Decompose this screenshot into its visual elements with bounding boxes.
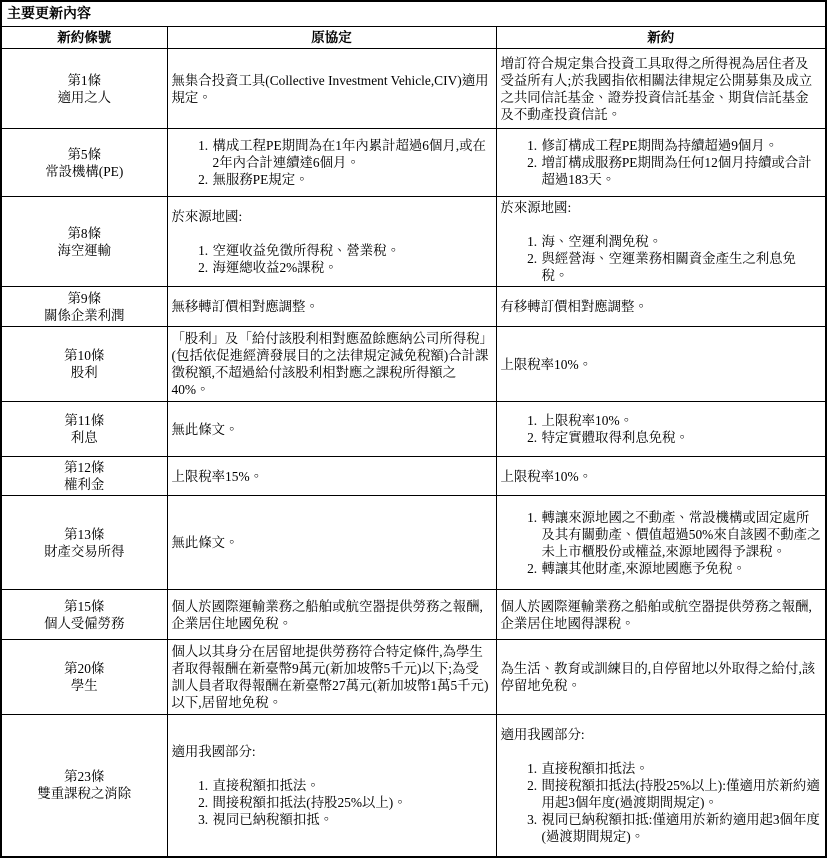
new-provision-cell: 修訂構成工程PE期間為持續超過9個月。增訂構成服務PE期間為任何12個月持續或合… <box>496 129 826 197</box>
cell-numbered-list: 上限稅率10%。特定實體取得利息免稅。 <box>501 412 822 446</box>
cell-numbered-list: 海、空運利潤免稅。與經營海、空運業務相關資金產生之利息免稅。 <box>501 233 822 284</box>
article-number: 第20條 <box>6 660 163 677</box>
cell-paragraph: 個人以其身分在居留地提供勞務符合特定條件,為學生者取得報酬在新臺幣9萬元(新加坡… <box>172 643 492 711</box>
table-row: 第8條海空運輸於來源地國:空運收益免徵所得稅、營業稅。海運總收益2%課稅。於來源… <box>1 197 826 287</box>
table-row: 第12條權利金上限稅率15%。上限稅率10%。 <box>1 457 826 496</box>
table-title: 主要更新內容 <box>1 1 826 27</box>
cell-list-item: 空運收益免徵所得稅、營業稅。 <box>212 242 492 259</box>
new-provision-cell: 於來源地國:海、空運利潤免稅。與經營海、空運業務相關資金產生之利息免稅。 <box>496 197 826 287</box>
new-provision-cell: 為生活、教育或訓練目的,自停留地以外取得之給付,該停留地免稅。 <box>496 640 826 715</box>
article-cell: 第11條利息 <box>1 402 167 457</box>
table-row: 第15條個人受僱勞務個人於國際運輸業務之船舶或航空器提供勞務之報酬,企業居住地國… <box>1 590 826 640</box>
article-number: 第9條 <box>6 290 163 307</box>
article-number: 第5條 <box>6 146 163 163</box>
table-row: 第1條適用之人無集合投資工具(Collective Investment Veh… <box>1 49 826 129</box>
cell-paragraph: 有移轉訂價相對應調整。 <box>501 298 822 315</box>
table-row: 第9條關係企業利潤無移轉訂價相對應調整。有移轉訂價相對應調整。 <box>1 287 826 327</box>
article-number: 第11條 <box>6 412 163 429</box>
cell-paragraph: 無移轉訂價相對應調整。 <box>172 298 492 315</box>
cell-intro: 適用我國部分: <box>501 726 822 743</box>
old-provision-cell: 無此條文。 <box>167 496 496 590</box>
cell-paragraph: 無此條文。 <box>172 534 492 551</box>
article-title: 個人受僱勞務 <box>6 615 163 632</box>
cell-list-item: 間接稅額扣抵法(持股25%以上)。 <box>212 794 492 811</box>
new-provision-cell: 上限稅率10%。 <box>496 327 826 402</box>
article-title: 關係企業利潤 <box>6 307 163 324</box>
cell-numbered-list: 直接稅額扣抵法。間接稅額扣抵法(持股25%以上):僅適用於新約適用起3個年度(過… <box>501 760 822 845</box>
cell-paragraph: 上限稅率15%。 <box>172 468 492 485</box>
table-header-row: 新約條號 原協定 新約 <box>1 27 826 49</box>
old-provision-cell: 無此條文。 <box>167 402 496 457</box>
article-cell: 第13條財產交易所得 <box>1 496 167 590</box>
article-title: 股利 <box>6 364 163 381</box>
column-header-article: 新約條號 <box>1 27 167 49</box>
article-cell: 第5條常設機構(PE) <box>1 129 167 197</box>
cell-paragraph: 上限稅率10%。 <box>501 468 822 485</box>
new-provision-cell: 個人於國際運輸業務之船舶或航空器提供勞務之報酬,企業居住地國得課稅。 <box>496 590 826 640</box>
cell-paragraph: 上限稅率10%。 <box>501 356 822 373</box>
treaty-update-table: 主要更新內容 新約條號 原協定 新約 第1條適用之人無集合投資工具(Collec… <box>0 0 827 858</box>
article-cell: 第15條個人受僱勞務 <box>1 590 167 640</box>
new-provision-cell: 上限稅率10%。 <box>496 457 826 496</box>
new-provision-cell: 上限稅率10%。特定實體取得利息免稅。 <box>496 402 826 457</box>
article-cell: 第12條權利金 <box>1 457 167 496</box>
cell-paragraph: 無此條文。 <box>172 421 492 438</box>
article-number: 第1條 <box>6 72 163 89</box>
cell-list-item: 上限稅率10%。 <box>541 412 822 429</box>
table-title-row: 主要更新內容 <box>1 1 826 27</box>
cell-numbered-list: 修訂構成工程PE期間為持續超過9個月。增訂構成服務PE期間為任何12個月持續或合… <box>501 137 822 188</box>
article-number: 第10條 <box>6 347 163 364</box>
cell-list-item: 視同已納稅額扣抵:僅適用於新約適用起3個年度(過渡期間規定)。 <box>541 811 822 845</box>
new-provision-cell: 有移轉訂價相對應調整。 <box>496 287 826 327</box>
article-number: 第15條 <box>6 598 163 615</box>
cell-intro: 適用我國部分: <box>172 743 492 760</box>
article-title: 適用之人 <box>6 89 163 106</box>
cell-list-item: 構成工程PE期間為在1年內累計超過6個月,或在2年內合計連續達6個月。 <box>212 137 492 171</box>
article-title: 常設機構(PE) <box>6 163 163 180</box>
article-cell: 第10條股利 <box>1 327 167 402</box>
article-cell: 第9條關係企業利潤 <box>1 287 167 327</box>
old-provision-cell: 構成工程PE期間為在1年內累計超過6個月,或在2年內合計連續達6個月。無服務PE… <box>167 129 496 197</box>
new-provision-cell: 增訂符合規定集合投資工具取得之所得視為居住者及受益所有人;於我國指依相關法律規定… <box>496 49 826 129</box>
cell-list-item: 修訂構成工程PE期間為持續超過9個月。 <box>541 137 822 154</box>
cell-list-item: 視同已納稅額扣抵。 <box>212 811 492 828</box>
cell-paragraph: 增訂符合規定集合投資工具取得之所得視為居住者及受益所有人;於我國指依相關法律規定… <box>501 55 822 123</box>
cell-list-item: 無服務PE規定。 <box>212 171 492 188</box>
cell-intro: 於來源地國: <box>501 199 822 216</box>
cell-list-item: 海、空運利潤免稅。 <box>541 233 822 250</box>
old-provision-cell: 個人於國際運輸業務之船舶或航空器提供勞務之報酬,企業居住地國免稅。 <box>167 590 496 640</box>
old-provision-cell: 於來源地國:空運收益免徵所得稅、營業稅。海運總收益2%課稅。 <box>167 197 496 287</box>
article-cell: 第20條學生 <box>1 640 167 715</box>
article-title: 學生 <box>6 677 163 694</box>
cell-paragraph: 個人於國際運輸業務之船舶或航空器提供勞務之報酬,企業居住地國免稅。 <box>172 598 492 632</box>
column-header-new-agreement: 新約 <box>496 27 826 49</box>
cell-list-item: 特定實體取得利息免稅。 <box>541 429 822 446</box>
cell-list-item: 增訂構成服務PE期間為任何12個月持續或合計超過183天。 <box>541 154 822 188</box>
article-title: 財產交易所得 <box>6 543 163 560</box>
old-provision-cell: 無移轉訂價相對應調整。 <box>167 287 496 327</box>
article-cell: 第8條海空運輸 <box>1 197 167 287</box>
article-number: 第12條 <box>6 459 163 476</box>
cell-list-item: 與經營海、空運業務相關資金產生之利息免稅。 <box>541 250 822 284</box>
old-provision-cell: 「股利」及「給付該股利相對應盈餘應納公司所得稅」(包括依促進經濟發展目的之法律規… <box>167 327 496 402</box>
article-title: 雙重課稅之消除 <box>6 785 163 802</box>
cell-numbered-list: 構成工程PE期間為在1年內累計超過6個月,或在2年內合計連續達6個月。無服務PE… <box>172 137 492 188</box>
cell-list-item: 間接稅額扣抵法(持股25%以上):僅適用於新約適用起3個年度(過渡期間規定)。 <box>541 777 822 811</box>
column-header-old-agreement: 原協定 <box>167 27 496 49</box>
cell-list-item: 海運總收益2%課稅。 <box>212 259 492 276</box>
cell-numbered-list: 轉讓來源地國之不動產、常設機構或固定處所及其有關動產、價值超過50%來自該國不動… <box>501 509 822 577</box>
article-number: 第23條 <box>6 768 163 785</box>
old-provision-cell: 上限稅率15%。 <box>167 457 496 496</box>
table-row: 第13條財產交易所得無此條文。轉讓來源地國之不動產、常設機構或固定處所及其有關動… <box>1 496 826 590</box>
old-provision-cell: 適用我國部分:直接稅額扣抵法。間接稅額扣抵法(持股25%以上)。視同已納稅額扣抵… <box>167 715 496 857</box>
cell-list-item: 直接稅額扣抵法。 <box>212 777 492 794</box>
table-row: 第11條利息無此條文。上限稅率10%。特定實體取得利息免稅。 <box>1 402 826 457</box>
cell-numbered-list: 空運收益免徵所得稅、營業稅。海運總收益2%課稅。 <box>172 242 492 276</box>
table-row: 第5條常設機構(PE)構成工程PE期間為在1年內累計超過6個月,或在2年內合計連… <box>1 129 826 197</box>
article-title: 利息 <box>6 429 163 446</box>
article-cell: 第1條適用之人 <box>1 49 167 129</box>
article-title: 權利金 <box>6 476 163 493</box>
new-provision-cell: 適用我國部分:直接稅額扣抵法。間接稅額扣抵法(持股25%以上):僅適用於新約適用… <box>496 715 826 857</box>
table-row: 第20條學生個人以其身分在居留地提供勞務符合特定條件,為學生者取得報酬在新臺幣9… <box>1 640 826 715</box>
cell-list-item: 直接稅額扣抵法。 <box>541 760 822 777</box>
table-row: 第10條股利「股利」及「給付該股利相對應盈餘應納公司所得稅」(包括依促進經濟發展… <box>1 327 826 402</box>
article-cell: 第23條雙重課稅之消除 <box>1 715 167 857</box>
new-provision-cell: 轉讓來源地國之不動產、常設機構或固定處所及其有關動產、價值超過50%來自該國不動… <box>496 496 826 590</box>
cell-numbered-list: 直接稅額扣抵法。間接稅額扣抵法(持股25%以上)。視同已納稅額扣抵。 <box>172 777 492 828</box>
article-title: 海空運輸 <box>6 242 163 259</box>
cell-list-item: 轉讓其他財產,來源地國應予免稅。 <box>541 560 822 577</box>
old-provision-cell: 無集合投資工具(Collective Investment Vehicle,CI… <box>167 49 496 129</box>
article-number: 第13條 <box>6 526 163 543</box>
table-body: 第1條適用之人無集合投資工具(Collective Investment Veh… <box>1 49 826 857</box>
table-row: 第23條雙重課稅之消除適用我國部分:直接稅額扣抵法。間接稅額扣抵法(持股25%以… <box>1 715 826 857</box>
cell-paragraph: 個人於國際運輸業務之船舶或航空器提供勞務之報酬,企業居住地國得課稅。 <box>501 598 822 632</box>
cell-paragraph: 無集合投資工具(Collective Investment Vehicle,CI… <box>172 72 492 106</box>
cell-intro: 於來源地國: <box>172 208 492 225</box>
cell-list-item: 轉讓來源地國之不動產、常設機構或固定處所及其有關動產、價值超過50%來自該國不動… <box>541 509 822 560</box>
old-provision-cell: 個人以其身分在居留地提供勞務符合特定條件,為學生者取得報酬在新臺幣9萬元(新加坡… <box>167 640 496 715</box>
cell-paragraph: 「股利」及「給付該股利相對應盈餘應納公司所得稅」(包括依促進經濟發展目的之法律規… <box>172 330 492 398</box>
cell-paragraph: 為生活、教育或訓練目的,自停留地以外取得之給付,該停留地免稅。 <box>501 660 822 694</box>
article-number: 第8條 <box>6 225 163 242</box>
